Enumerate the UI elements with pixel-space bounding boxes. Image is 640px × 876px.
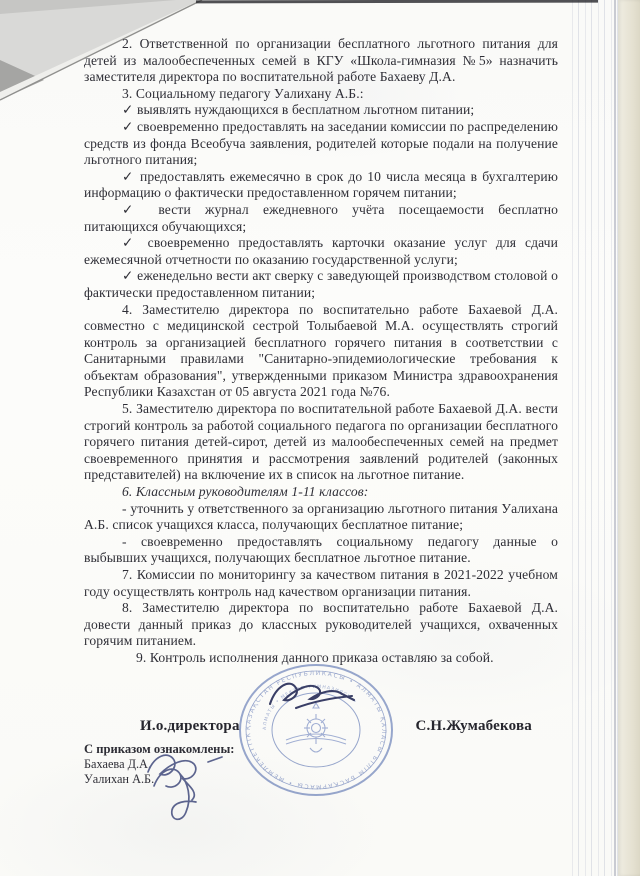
paragraph: - своевременно предоставлять социальному…	[84, 534, 558, 567]
paragraph: ✓ предоставлять ежемесячно в срок до 10 …	[84, 169, 558, 202]
paragraph: 6. Классным руководителям 1-11 классов:	[84, 484, 558, 501]
paragraph: ✓ своевременно предоставлять карточки ок…	[84, 235, 558, 268]
ualikhan-signature	[142, 760, 232, 830]
scanned-document-page: 2. Ответственной по организации бесплатн…	[0, 0, 640, 876]
paragraph: - уточнить у ответственного за организац…	[84, 501, 558, 534]
paragraph: ✓ выявлять нуждающихся в бесплатном льго…	[84, 102, 558, 119]
paragraph: ✓ своевременно предоставлять на заседани…	[84, 119, 558, 169]
paragraph: 7. Комиссии по мониторингу за качеством …	[84, 567, 558, 600]
document-body: 2. Ответственной по организации бесплатн…	[84, 36, 558, 667]
scan-right-margin	[618, 0, 640, 876]
director-signature	[256, 672, 366, 718]
page-stack-edges	[566, 0, 618, 876]
signer-name: С.Н.Жумабекова	[415, 718, 532, 735]
paragraph: 4. Заместителю директора по воспитательн…	[84, 302, 558, 402]
paragraph: 3. Социальному педагогу Уалихану А.Б.:	[84, 86, 558, 103]
paragraph: 5. Заместителю директора по воспитательн…	[84, 401, 558, 484]
paragraph: 8. Заместителю директора по воспитательн…	[84, 600, 558, 650]
paragraph: ✓ еженедельно вести акт сверку с заведую…	[84, 268, 558, 301]
paragraph: ✓ вести журнал ежедневного учёта посещае…	[84, 202, 558, 235]
paragraph: 2. Ответственной по организации бесплатн…	[84, 36, 558, 86]
page-edge-line	[614, 0, 616, 876]
signer-title: И.о.директора	[140, 718, 240, 735]
